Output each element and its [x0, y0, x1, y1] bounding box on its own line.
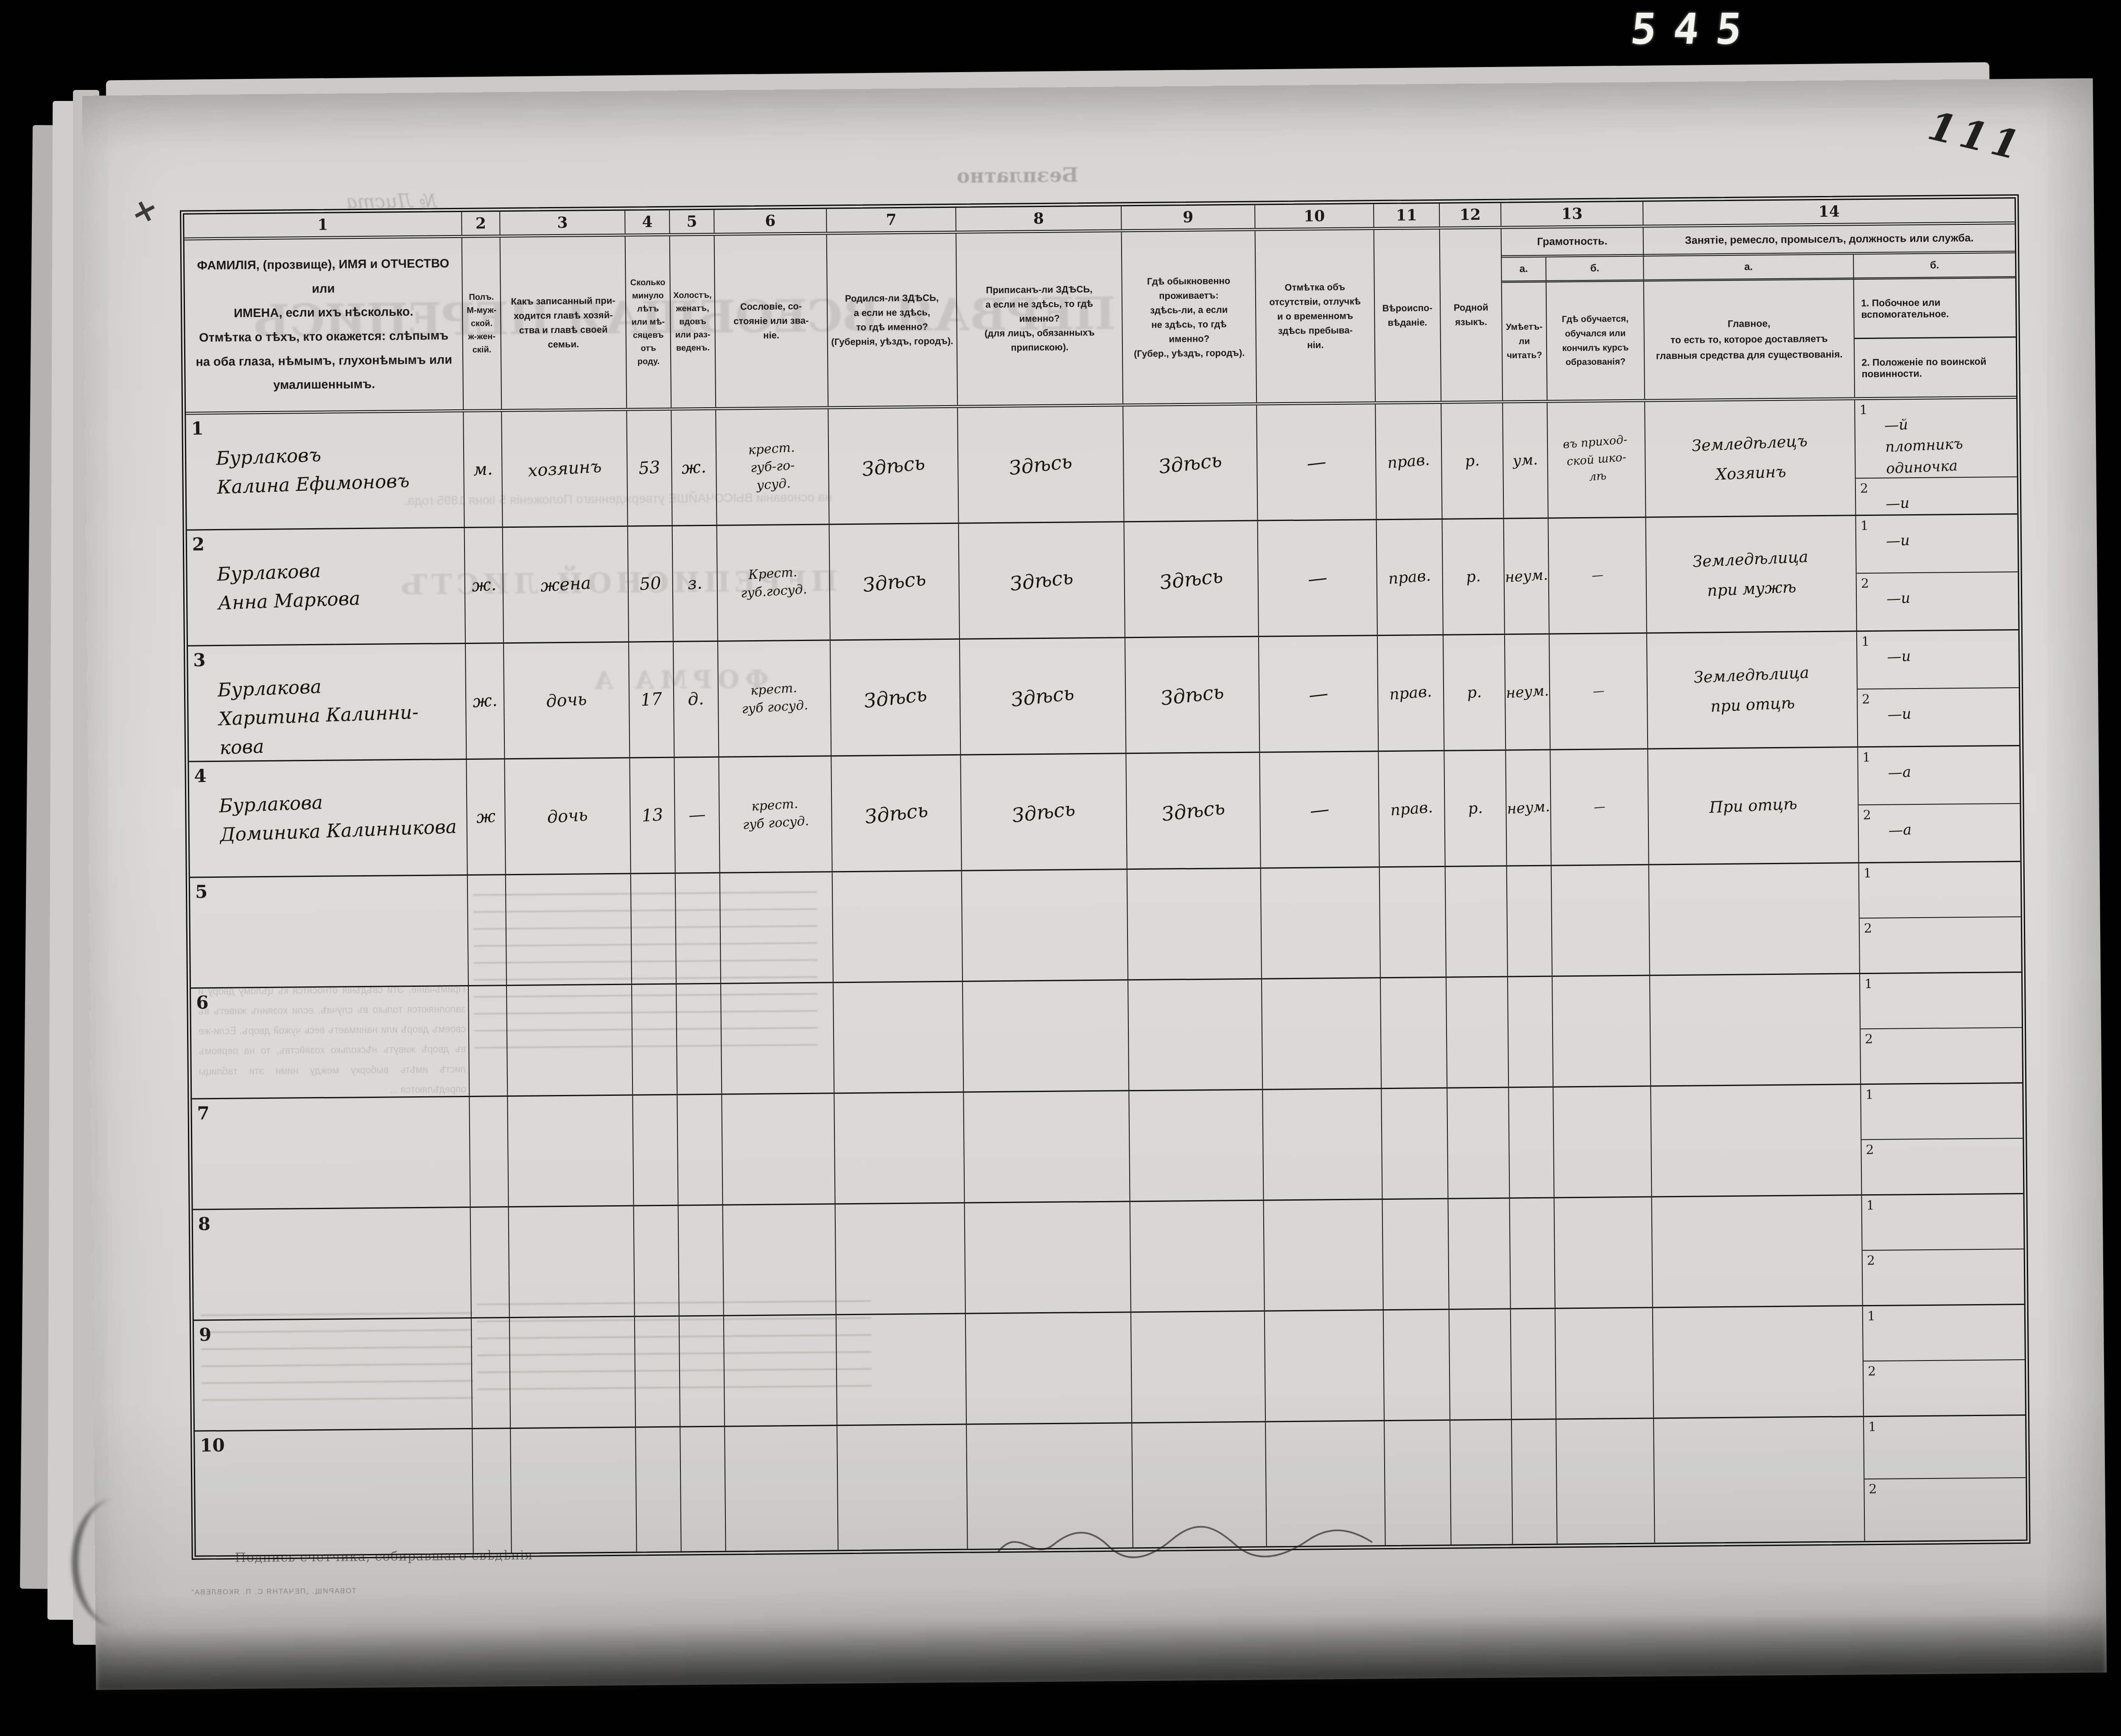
cell-age — [634, 1206, 680, 1316]
cell-occupation — [1652, 1196, 1863, 1307]
handwritten-relation: дочь — [546, 689, 588, 711]
sub-number-2: 2 — [1869, 1482, 1877, 1497]
cell-language — [1446, 867, 1508, 977]
handwritten-religion: прав. — [1387, 451, 1430, 472]
cell-sex: м. — [464, 412, 503, 527]
page-number: 111 — [1924, 103, 2029, 170]
handwritten-can-read: неум. — [1504, 566, 1548, 586]
cell-side-occupation: 1 2 — [1862, 1194, 2024, 1305]
cell-education — [1553, 976, 1651, 1086]
cell-education: — — [1550, 634, 1648, 749]
handwritten-education: — — [1593, 798, 1606, 816]
cell-relation: хозяинъ — [502, 411, 628, 527]
handwritten-side2 — [1893, 1370, 2025, 1376]
col-number: 8 — [956, 206, 1122, 230]
cell-occupation — [1651, 1085, 1862, 1196]
header-sex: Полъ. М-муж- ской. ж-жен- скій. — [462, 238, 502, 409]
col-number: 12 — [1440, 203, 1501, 227]
cell-estate: крест. губ-го- усуд. — [716, 409, 829, 524]
cell-religion: прав. — [1378, 636, 1444, 750]
handwritten-occupation: Земледѣлецъ Хозяинъ — [1691, 426, 1809, 490]
microfilm-frame-counter: 545 — [1629, 4, 1761, 54]
cell-side-occupation: 1 2 — [1859, 862, 2021, 973]
sub-label-a: а. — [1644, 255, 1853, 281]
cell-residence — [1128, 980, 1263, 1090]
cell-religion — [1380, 867, 1447, 977]
handwritten-language: р. — [1464, 451, 1480, 470]
handwritten-can-read: неум. — [1506, 798, 1550, 818]
cell-absence — [1264, 1200, 1384, 1310]
cell-education — [1555, 1198, 1653, 1308]
cell-education: — — [1549, 518, 1647, 633]
handwritten-marital: д. — [687, 689, 705, 709]
cell-marital — [680, 1427, 726, 1551]
cell-language — [1450, 1420, 1513, 1544]
enumerator-signature-caption: Подпись счетчика, собиравшаго свѣдѣнія — [235, 1548, 533, 1565]
cell-side-occupation: 1 2 — [1864, 1416, 2026, 1541]
handwritten-relation: дочь — [547, 805, 589, 827]
literacy-sub-b: б. Гдѣ обучается, обучался или кончилъ к… — [1546, 257, 1644, 400]
handwritten-side1 — [1893, 1316, 2024, 1322]
cell-name: 5 — [190, 876, 469, 988]
side-occupation-sub1: 1 — [1861, 1084, 2023, 1140]
cell-registered-here — [964, 1091, 1130, 1202]
handwritten-residence: Здѣсь — [1159, 680, 1225, 710]
cell-estate: Крест. губ.госуд. — [717, 525, 831, 640]
cell-can-read — [1507, 866, 1553, 976]
cell-can-read — [1508, 977, 1553, 1087]
cell-marital — [679, 1206, 724, 1316]
handwritten-name: Бурлакова Анна Маркова — [186, 524, 466, 619]
handwritten-sex: ж. — [471, 575, 497, 596]
cell-age — [636, 1428, 682, 1552]
side-occupation-sub1: 1 — [1860, 973, 2022, 1029]
header-literacy-group: Грамотность. а. Умѣетъ- ли читать? б. Гд… — [1502, 228, 1645, 400]
handwritten-side1 — [1891, 1094, 2023, 1100]
handwritten-estate: крест. губ госуд. — [740, 679, 809, 718]
cell-sex: ж. — [465, 528, 504, 643]
occupation-sub-a: а. Главное, то есть то, которое доставля… — [1644, 255, 1855, 399]
side-occupation-sub2: 2 —а — [1858, 804, 2020, 862]
handwritten-side1 — [1892, 1205, 2023, 1211]
handwritten-side1: —й плотникъ одиночка — [1884, 409, 2018, 480]
cell-relation — [508, 1096, 634, 1207]
header-religion: Вѣроиспо- вѣданіе. — [1374, 230, 1442, 401]
cell-can-read: неум. — [1504, 519, 1550, 634]
cell-born-here — [833, 871, 963, 982]
table-row: 1 Бурлаковъ Калина Ефимоновъ м. хозяинъ … — [186, 399, 2017, 531]
handwritten-religion: прав. — [1389, 683, 1433, 703]
cell-name: 7 — [192, 1097, 470, 1209]
cell-side-occupation: 1 2 — [1860, 973, 2022, 1084]
cell-name: 8 — [193, 1208, 472, 1320]
cell-sex — [469, 986, 508, 1096]
handwritten-absence: — — [1307, 681, 1329, 706]
cell-estate — [720, 872, 834, 983]
cell-can-read — [1510, 1198, 1556, 1308]
cell-marital: ж. — [672, 410, 717, 525]
cell-residence: Здѣсь — [1126, 753, 1261, 869]
handwritten-education: въ приход- ской шко- лѣ — [1562, 431, 1631, 488]
side-occupation-sub2: 2 —и — [1857, 572, 2018, 630]
handwritten-occupation: Земледѣлица при мужѣ — [1692, 542, 1810, 606]
cell-estate: крест. губ госуд. — [718, 641, 831, 756]
cell-relation: дочь — [504, 643, 630, 759]
cell-side-occupation: 1 —й плотникъ одиночка 2 —и — [1855, 399, 2017, 515]
cell-born-here — [834, 982, 964, 1093]
cell-relation — [506, 874, 632, 985]
cell-marital — [677, 984, 722, 1094]
handwritten-side1: —и — [1886, 525, 2018, 552]
occupation-sub-b: б. 1. Побочное или вспомогательное. 2. П… — [1854, 253, 2016, 397]
cell-residence: Здѣсь — [1125, 521, 1259, 637]
handwritten-estate: крест. губ-го- усуд. — [747, 439, 797, 495]
header-age: Сколько минуло лѣтъ или мѣ- сяцевъ отъ р… — [626, 236, 672, 408]
handwritten-name — [193, 1204, 470, 1241]
sub-number-2: 2 — [1866, 1142, 1874, 1157]
cell-marital — [676, 874, 721, 983]
sub-number-2: 2 — [1861, 576, 1869, 591]
header-born-here: Родился-ли ЗДѢСЬ, а если не здѣсь, то гд… — [827, 234, 958, 406]
ink-cross-mark: ✕ — [129, 193, 160, 231]
cell-can-read — [1509, 1088, 1554, 1198]
handwritten-residence: Здѣсь — [1158, 448, 1223, 479]
sub-number-1: 1 — [1864, 977, 1872, 991]
cell-language: р. — [1441, 403, 1504, 518]
cell-side-occupation: 1 2 — [1863, 1305, 2025, 1416]
cell-occupation — [1653, 1306, 1864, 1417]
handwritten-can-read: неум. — [1505, 682, 1550, 702]
cell-born-here — [834, 1093, 965, 1204]
col-number: 9 — [1122, 205, 1255, 230]
sub-number-1: 1 — [1862, 750, 1870, 765]
cell-absence — [1265, 1310, 1385, 1421]
col-number: 1 — [184, 212, 462, 238]
handwritten-side1 — [1894, 1426, 2025, 1432]
occupation-main-text: Главное, то есть то, которое доставляетъ… — [1644, 280, 1854, 399]
cell-sex: ж. — [466, 644, 505, 759]
cell-occupation — [1654, 1417, 1865, 1543]
cell-residence — [1128, 869, 1262, 980]
cell-language: р. — [1443, 519, 1505, 634]
cell-religion — [1384, 1310, 1450, 1420]
header-registered-here: Приписанъ-ли ЗДѢСЬ, а если не здѣсь, то … — [957, 232, 1124, 405]
cell-occupation: Земледѣлица при отцѣ — [1647, 632, 1858, 748]
handwritten-absence: — — [1309, 797, 1331, 822]
header-marital: Холостъ, женатъ, вдовъ или раз- веденъ. — [670, 236, 716, 408]
handwritten-sex: ж. — [472, 691, 498, 711]
cell-absence — [1261, 868, 1381, 978]
cell-marital: — — [674, 758, 720, 873]
sub-number-1: 1 — [1861, 518, 1869, 533]
cell-residence — [1131, 1312, 1266, 1422]
side-occupation-sub2: 2 —и — [1858, 688, 2019, 746]
handwritten-can-read: ум. — [1512, 451, 1538, 470]
cell-born-here: Здѣсь — [831, 756, 962, 871]
table-body: 1 Бурлаковъ Калина Ефимоновъ м. хозяинъ … — [186, 399, 2026, 1556]
cell-registered-here — [963, 980, 1129, 1091]
cell-registered-here — [965, 1202, 1131, 1313]
literacy-title: Грамотность. — [1502, 228, 1643, 258]
cell-age: 13 — [630, 758, 675, 873]
cell-marital — [680, 1316, 725, 1426]
table-row: 4 Бурлакова Доминика Калинникова ж дочь … — [189, 746, 2020, 878]
table-header: ФАМИЛІЯ, (прозвище), ИМЯ и ОТЧЕСТВО или … — [185, 224, 2016, 415]
occupation-military-text: 2. Положеніе по воинской повинности. — [1855, 338, 2016, 397]
cell-language — [1449, 1198, 1511, 1308]
sub-number-1: 1 — [1861, 634, 1869, 649]
handwritten-estate: крест. губ госуд. — [741, 795, 809, 834]
side-occupation-sub2: 2 — [1864, 1360, 2025, 1416]
cell-religion — [1385, 1421, 1452, 1545]
cell-registered-here: Здѣсь — [959, 522, 1125, 638]
occupation-title: Занятіе, ремесло, промыселъ, должность и… — [1644, 224, 2015, 257]
census-table: 1 2 3 4 5 6 7 8 9 10 11 12 13 14 ФАМИЛІЯ… — [180, 194, 2031, 1560]
sub-label-a: а. — [1502, 258, 1546, 283]
handwritten-born: Здѣсь — [862, 567, 927, 597]
cell-name: 3 Бурлакова Харитина Калинни- кова — [188, 644, 467, 761]
cell-residence — [1129, 1090, 1264, 1201]
cell-marital — [677, 1095, 723, 1205]
handwritten-side1: —а — [1888, 757, 2020, 784]
cell-language — [1447, 977, 1509, 1087]
cell-can-read: неум. — [1505, 635, 1550, 750]
cell-religion: прав. — [1376, 404, 1442, 519]
handwritten-marital: — — [688, 805, 706, 825]
cell-religion: прав. — [1377, 520, 1444, 635]
handwritten-religion: прав. — [1388, 567, 1432, 588]
handwritten-born: Здѣсь — [864, 798, 929, 829]
handwritten-side2: —и — [1887, 699, 2020, 726]
handwritten-relation: хозяинъ — [527, 457, 602, 481]
cell-absence — [1262, 978, 1382, 1089]
cell-education — [1553, 1087, 1652, 1197]
handwritten-name — [195, 1425, 473, 1462]
cell-sex — [470, 1097, 509, 1207]
table-row: 6 — [191, 973, 2022, 1100]
sub-number-1: 1 — [1864, 866, 1872, 881]
cell-name: 1 Бурлаковъ Калина Ефимоновъ — [186, 412, 464, 529]
cell-occupation: Земледѣлецъ Хозяинъ — [1645, 400, 1856, 516]
cell-born-here — [837, 1425, 968, 1550]
cell-name: 4 Бурлакова Доминика Калинникова — [189, 760, 467, 877]
table-row: 5 — [190, 862, 2021, 989]
sub-number-2: 2 — [1860, 481, 1868, 496]
handwritten-side2 — [1890, 1039, 2022, 1044]
table-row: 2 Бурлакова Анна Маркова ж. жена 50 з. К… — [187, 515, 2018, 647]
table-row: 8 — [193, 1194, 2024, 1321]
handwritten-education: — — [1591, 566, 1604, 584]
cell-can-read — [1512, 1420, 1558, 1544]
handwritten-age: 13 — [641, 805, 664, 826]
col-number: 4 — [625, 210, 670, 234]
header-occupation-group: Занятіе, ремесло, промыселъ, должность и… — [1644, 224, 2016, 399]
cell-name: 9 — [194, 1319, 473, 1431]
cell-education — [1556, 1308, 1654, 1419]
occupation-side-text: 1. Побочное или вспомогательное. — [1854, 278, 2016, 339]
cell-registered-here — [962, 870, 1128, 980]
side-occupation-sub2: 2 — [1863, 1249, 2024, 1305]
ghost-bezplatno-text: Безплатно — [957, 163, 1078, 187]
handwritten-age: 50 — [639, 574, 662, 594]
side-occupation-sub2: 2 — [1861, 1139, 2023, 1194]
handwritten-name — [190, 872, 467, 909]
cell-language — [1447, 1088, 1510, 1198]
handwritten-relation: жена — [540, 573, 591, 596]
cell-born-here — [837, 1314, 967, 1425]
sub-label-b: б. — [1854, 253, 2015, 280]
cell-sex: ж — [467, 759, 506, 874]
side-occupation-sub2: 2 — [1864, 1478, 2026, 1541]
cell-sex — [472, 1318, 511, 1428]
sub-number-2: 2 — [1865, 1032, 1873, 1047]
cell-relation: дочь — [505, 759, 631, 874]
handwritten-absence: — — [1305, 450, 1327, 475]
cell-occupation: При отцѣ — [1648, 748, 1859, 864]
cell-residence — [1130, 1201, 1265, 1312]
cell-sex — [473, 1429, 512, 1553]
cell-residence: Здѣсь — [1125, 637, 1260, 753]
cell-absence: — — [1257, 404, 1377, 520]
cell-side-occupation: 1 —и 2 —и — [1856, 515, 2018, 630]
cell-estate — [721, 983, 834, 1093]
cell-education: — — [1550, 750, 1649, 865]
side-occupation-sub1: 1 —а — [1858, 746, 2020, 805]
cell-absence: — — [1258, 520, 1378, 636]
handwritten-side1 — [1890, 983, 2021, 989]
handwritten-marital: ж. — [681, 457, 707, 478]
handwritten-age: 17 — [640, 689, 663, 710]
cell-marital: д. — [674, 642, 719, 757]
cell-marital: з. — [673, 526, 718, 641]
cell-estate — [722, 1094, 835, 1204]
handwritten-side2: —и — [1886, 583, 2018, 610]
handwritten-education: — — [1592, 682, 1605, 700]
side-occupation-sub2: 2 — [1861, 1028, 2022, 1084]
cell-occupation — [1650, 974, 1861, 1085]
handwritten-name — [192, 1093, 470, 1130]
handwritten-side2 — [1889, 928, 2021, 934]
handwritten-name: Бурлакова Доминика Калинникова — [188, 756, 468, 851]
side-occupation-sub1: 1 — [1863, 1305, 2025, 1361]
sub-number-2: 2 — [1864, 921, 1872, 936]
handwritten-side1: —и — [1886, 641, 2019, 668]
handwritten-age: 53 — [638, 458, 661, 479]
cell-age: 50 — [628, 526, 674, 641]
cell-estate — [723, 1204, 837, 1315]
handwritten-registered: Здѣсь — [1010, 681, 1075, 711]
side-occupation-sub1: 1 — [1864, 1416, 2026, 1479]
sub-number-2: 2 — [1868, 1364, 1876, 1379]
literacy-sub-a: а. Умѣетъ- ли читать? — [1502, 258, 1547, 400]
cell-age — [633, 1095, 678, 1205]
handwritten-name — [190, 983, 468, 1019]
handwritten-born: Здѣсь — [862, 683, 928, 713]
sub-number-1: 1 — [1867, 1309, 1875, 1324]
handwritten-side2: —а — [1888, 815, 2020, 842]
sub-number-1: 1 — [1866, 1198, 1875, 1213]
cell-religion — [1381, 978, 1447, 1088]
cell-born-here: Здѣсь — [830, 524, 960, 640]
table-row: 9 — [194, 1305, 2025, 1432]
cell-education — [1552, 865, 1650, 976]
cell-occupation — [1649, 863, 1860, 974]
handwritten-name: Бурлакова Харитина Калинни- кова — [187, 640, 467, 764]
cell-language — [1449, 1309, 1512, 1419]
side-occupation-sub1: 1 — [1859, 862, 2021, 918]
cell-born-here: Здѣсь — [831, 640, 961, 756]
sub-number-2: 2 — [1863, 808, 1871, 823]
col-number: 2 — [462, 212, 500, 235]
cell-sex — [471, 1207, 510, 1317]
side-occupation-sub2: 2 — [1860, 917, 2021, 973]
cell-sex — [468, 875, 507, 985]
handwritten-absence: — — [1307, 566, 1329, 591]
sub-number-1: 1 — [1865, 1087, 1873, 1102]
handwritten-marital: з. — [687, 573, 703, 594]
cell-absence: — — [1259, 636, 1379, 751]
table-row: 3 Бурлакова Харитина Калинни- кова ж. до… — [188, 630, 2019, 762]
cell-relation — [510, 1317, 636, 1428]
header-estate: Сословіе, со- стояніе или зва- ніе. — [715, 235, 829, 407]
table-row: 7 — [192, 1084, 2023, 1210]
header-residence: Гдѣ обыкновенно проживаетъ: здѣсь-ли, а … — [1122, 231, 1257, 404]
handwritten-side2 — [1892, 1260, 2024, 1266]
handwritten-name: Бурлаковъ Калина Ефимоновъ — [185, 409, 465, 503]
handwritten-side2 — [1894, 1488, 2026, 1494]
handwritten-sex: м. — [473, 459, 493, 480]
cell-name: 6 — [191, 986, 470, 1098]
header-name-column: ФАМИЛІЯ, (прозвище), ИМЯ и ОТЧЕСТВО или … — [185, 238, 464, 412]
literacy-education-question: Гдѣ обучается, обучался или кончилъ курс… — [1547, 282, 1644, 400]
col-number: 5 — [670, 210, 714, 233]
handwritten-registered: Здѣсь — [1011, 797, 1076, 827]
cell-side-occupation: 1 —а 2 —а — [1858, 746, 2020, 862]
cell-absence — [1263, 1089, 1382, 1199]
handwritten-born: Здѣсь — [861, 451, 926, 481]
cell-name: 10 — [195, 1429, 474, 1556]
col-number: 11 — [1374, 204, 1440, 227]
cell-education — [1556, 1419, 1655, 1544]
ghost-printer-mark: ТОВАРИЩ. „ПЕЧАТНЯ С. П. ЯКОВЛЕВА“ — [190, 1587, 356, 1596]
header-relation: Какъ записанный при- ходится главѣ хозяй… — [501, 237, 627, 409]
handwritten-residence: Здѣсь — [1158, 564, 1224, 594]
col-number: 14 — [1643, 199, 2015, 225]
cell-name: 2 Бурлакова Анна Маркова — [187, 528, 466, 645]
handwritten-occupation: Земледѣлица при отцѣ — [1693, 658, 1811, 722]
cell-registered-here — [966, 1313, 1132, 1423]
census-sheet: Безплатно № Листа ✕ ПЕРВАЯ ВСЕОБЩАЯ ПЕРЕ… — [82, 78, 2107, 1690]
cell-estate — [724, 1315, 837, 1425]
cell-relation — [511, 1428, 637, 1553]
cell-age — [631, 874, 677, 984]
cell-born-here — [836, 1204, 966, 1314]
cell-relation — [509, 1207, 635, 1317]
cell-side-occupation: 1 —и 2 —и — [1857, 630, 2019, 746]
cell-age: 17 — [629, 642, 674, 757]
literacy-read-question: Умѣетъ- ли читать? — [1502, 283, 1547, 400]
side-occupation-sub1: 1 —й плотникъ одиночка — [1855, 399, 2017, 479]
cell-registered-here: Здѣсь — [958, 406, 1124, 522]
col-number: 13 — [1501, 202, 1643, 226]
cell-absence: — — [1260, 752, 1379, 867]
cell-registered-here: Здѣсь — [960, 638, 1126, 754]
cell-residence: Здѣсь — [1123, 406, 1258, 521]
cell-estate: крест. губ госуд. — [719, 756, 832, 872]
cell-age: 53 — [627, 411, 672, 526]
cell-relation: жена — [503, 527, 629, 643]
cell-age — [632, 985, 677, 1095]
